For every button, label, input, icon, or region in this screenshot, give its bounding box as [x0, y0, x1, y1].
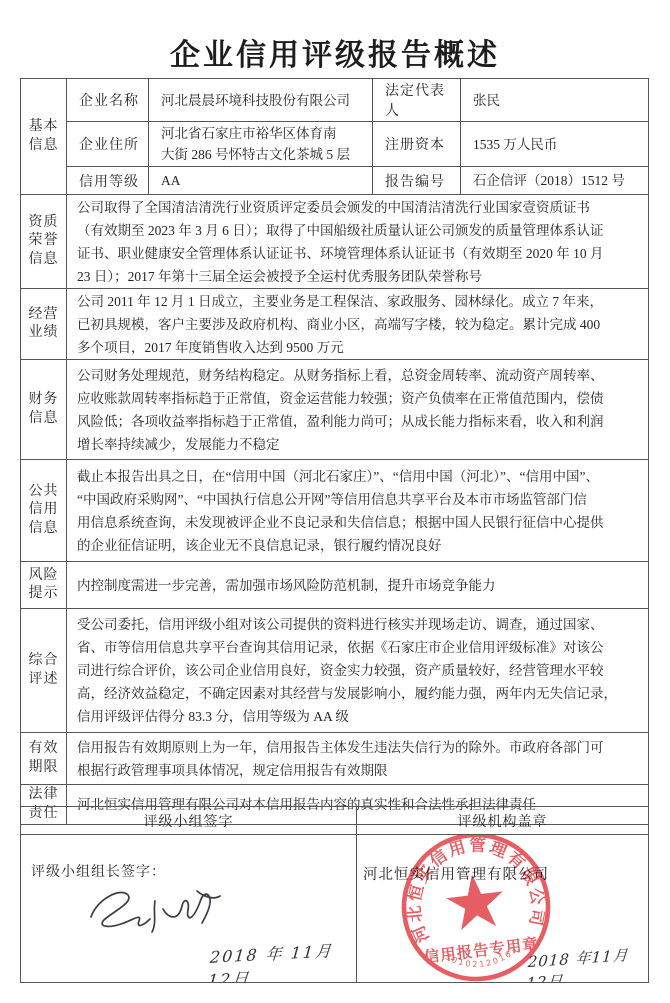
table-row: 有效 期限 信用报告有效期原则上为一年，信用报告主体发生违法失信行为的除外。市政…	[21, 733, 649, 785]
handwritten-signature	[83, 883, 223, 935]
rating-agency-seal-header: 评级机构盖章	[357, 807, 649, 835]
table-row: 综合 评述 受公司委托，信用评级小组对该公司提供的资料进行核实并现场走访、调查，…	[21, 609, 649, 733]
section-label-public-credit-info: 公共 信用 信息	[21, 460, 67, 562]
signature-table: 评级小组签字 评级机构盖章 评级小组组长签字： 2018 年 11月 12日	[20, 806, 649, 983]
field-label-company-address: 企业住所	[67, 122, 149, 167]
table-row: 信用等级 AA 报告编号 石企信评（2018）1512 号	[21, 167, 649, 195]
section-content-comprehensive-review: 受公司委托，信用评级小组对该公司提供的资料进行核实并现场走访、调查，通过国家、 …	[67, 609, 649, 733]
table-row: 风险 提示 内控制度需进一步完善，需加强市场风险防范机制，提升市场竞争能力	[21, 562, 649, 609]
svg-text:河北恒实信用管理有限公司: 河北恒实信用管理有限公司	[396, 835, 550, 947]
credit-report-page: 企业信用评级报告概述 基本 信息 企业名称 河北晨晨环境科技股份有限公司 法定代…	[0, 0, 670, 1003]
team-leader-signature-label: 评级小组组长签字：	[31, 861, 166, 881]
table-row: 经营 业绩 公司 2011 年 12 月 1 日成立，主要业务是工程保洁、家政服…	[21, 289, 649, 360]
section-content-risk-warning: 内控制度需进一步完善，需加强市场风险防范机制，提升市场竞争能力	[67, 562, 649, 609]
field-value-legal-representative: 张民	[461, 79, 649, 122]
field-value-report-number: 石企信评（2018）1512 号	[461, 167, 649, 195]
table-row: 评级小组组长签字： 2018 年 11月 12日 河北恒实信用管理有限公司	[21, 835, 649, 983]
field-label-legal-representative: 法定代表人	[373, 79, 461, 122]
field-label-registered-capital: 注册资本	[373, 122, 461, 167]
agency-seal-date: 2018 年11月12日	[526, 943, 649, 983]
table-row: 企业住所 河北省石家庄市裕华区体育南 大街 286 号怀特古文化茶城 5 层 注…	[21, 122, 649, 167]
field-label-company-name: 企业名称	[67, 79, 149, 122]
field-label-report-number: 报告编号	[373, 167, 461, 195]
report-table: 基本 信息 企业名称 河北晨晨环境科技股份有限公司 法定代表人 张民 企业住所 …	[20, 78, 649, 825]
team-signature-cell: 评级小组组长签字： 2018 年 11月 12日	[21, 835, 357, 983]
agency-seal-cell: 河北恒实信用管理有限公司 河北恒实信用管理有限公司	[357, 835, 649, 983]
rating-team-signature-header: 评级小组签字	[21, 807, 357, 835]
seal-registration-number: 1301021201639	[391, 835, 522, 980]
seal-ring-text: 河北恒实信用管理有限公司	[396, 835, 550, 947]
table-row: 基本 信息 企业名称 河北晨晨环境科技股份有限公司 法定代表人 张民	[21, 79, 649, 122]
page-title: 企业信用评级报告概述	[0, 30, 670, 74]
svg-text:1301021201639: 1301021201639	[391, 835, 522, 980]
section-content-validity-period: 信用报告有效期原则上为一年，信用报告主体发生违法失信行为的除外。市政府各部门可 …	[67, 733, 649, 785]
section-content-financial-info: 公司财务处理规范，财务结构稳定。从财务指标上看，总资金周转率、流动资产周转率、 …	[67, 360, 649, 460]
section-content-business-performance: 公司 2011 年 12 月 1 日成立，主要业务是工程保洁、家政服务、园林绿化…	[67, 289, 649, 360]
section-label-validity-period: 有效 期限	[21, 733, 67, 785]
field-value-registered-capital: 1535 万人民币	[461, 122, 649, 167]
field-value-company-name: 河北晨晨环境科技股份有限公司	[149, 79, 373, 122]
agency-company-name: 河北恒实信用管理有限公司	[363, 863, 549, 884]
section-label-qualification-honors: 资质 荣誉 信息	[21, 195, 67, 289]
section-content-public-credit-info: 截止本报告出具之日，在“信用中国（河北石家庄）”、“信用中国（河北）”、“信用中…	[67, 460, 649, 562]
field-value-credit-rating: AA	[149, 167, 373, 195]
section-label-business-performance: 经营 业绩	[21, 289, 67, 360]
field-value-company-address: 河北省石家庄市裕华区体育南 大街 286 号怀特古文化茶城 5 层	[149, 122, 373, 167]
section-label-risk-warning: 风险 提示	[21, 562, 67, 609]
section-label-comprehensive-review: 综合 评述	[21, 609, 67, 733]
table-row: 公共 信用 信息 截止本报告出具之日，在“信用中国（河北石家庄）”、“信用中国（…	[21, 460, 649, 562]
table-row: 资质 荣誉 信息 公司取得了全国清洁清洗行业资质评定委员会颁发的中国清洁清洗行业…	[21, 195, 649, 289]
seal-banner-text: 信用报告专用章	[423, 934, 540, 967]
field-label-credit-rating: 信用等级	[67, 167, 149, 195]
table-row: 财务 信息 公司财务处理规范，财务结构稳定。从财务指标上看，总资金周转率、流动资…	[21, 360, 649, 460]
section-content-qualification-honors: 公司取得了全国清洁清洗行业资质评定委员会颁发的中国清洁清洗行业国家壹资质证书 （…	[67, 195, 649, 289]
section-label-basic-info: 基本 信息	[21, 79, 67, 195]
section-label-financial-info: 财务 信息	[21, 360, 67, 460]
team-signature-date: 2018 年 11月 12日	[207, 937, 356, 982]
table-row: 评级小组签字 评级机构盖章	[21, 807, 649, 835]
